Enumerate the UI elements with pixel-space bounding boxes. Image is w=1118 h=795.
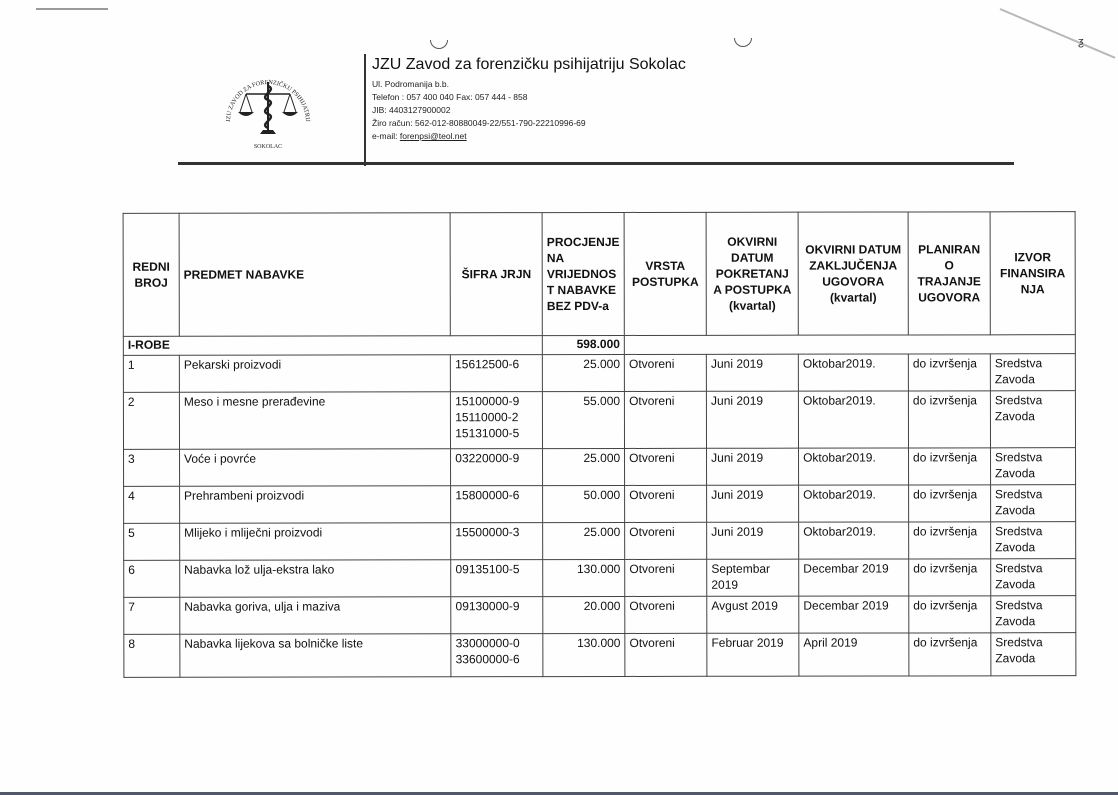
row-number: 3 xyxy=(124,449,180,486)
table-row: 7Nabavka goriva, ulja i maziva09130000-9… xyxy=(124,596,1076,635)
jrjn-code: 03220000-9 xyxy=(455,450,538,466)
row-end-date: Oktobar2019. xyxy=(799,522,909,559)
institution-phone: Telefon : 057 400 040 Fax: 057 444 - 858 xyxy=(372,91,686,104)
table-row: 6Nabavka lož ulja-ekstra lako09135100-51… xyxy=(124,559,1076,598)
row-codes: 15100000-915110000-215131000-5 xyxy=(451,392,543,449)
row-end-date: Oktobar2019. xyxy=(799,485,909,522)
institution-jib: JIB: 4403127900002 xyxy=(372,104,686,117)
row-number: 2 xyxy=(123,392,179,449)
section-label: I-ROBE xyxy=(123,336,542,356)
row-start-date: Septembar 2019 xyxy=(707,559,799,596)
row-number: 5 xyxy=(124,523,180,560)
institution-logo: JZU ZAVOD ZA FORENZIČKU PSIHIJATRIJU SOK… xyxy=(218,60,318,150)
jrjn-code: 15800000-6 xyxy=(455,487,538,503)
row-start-date: Juni 2019 xyxy=(707,448,799,485)
row-subject: Nabavka goriva, ulja i maziva xyxy=(180,597,451,634)
row-end-date: Decembar 2019 xyxy=(799,596,909,633)
table-row: 1Pekarski proizvodi15612500-625.000Otvor… xyxy=(123,354,1075,393)
row-codes: 03220000-9 xyxy=(451,449,543,486)
row-start-date: Juni 2019 xyxy=(706,354,798,391)
row-value: 25.000 xyxy=(542,354,624,391)
row-number: 1 xyxy=(123,355,179,392)
row-subject: Nabavka lož ulja-ekstra lako xyxy=(180,560,451,597)
row-subject: Mlijeko i mliječni proizvodi xyxy=(180,523,451,560)
row-codes: 15800000-6 xyxy=(451,486,543,523)
row-subject: Voće i povrće xyxy=(179,449,450,486)
section-total: 598.000 xyxy=(542,335,624,354)
letterhead: JZU ZAVOD ZA FORENZIČKU PSIHIJATRIJU SOK… xyxy=(178,50,1014,162)
header-predmet-nabavke: PREDMET NABAVKE xyxy=(179,213,451,336)
header-procjena-vrijednosti: PROCJENJE NA VRIJEDNOS T NABAVKE BEZ PDV… xyxy=(542,212,624,335)
row-duration: do izvršenja xyxy=(908,354,990,391)
row-funding-source: Sredstva Zavoda xyxy=(990,354,1075,391)
header-datum-pokretanja: OKVIRNI DATUM POKRETANJ A POSTUPKA (kvar… xyxy=(706,212,798,335)
row-codes: 33000000-033600000-6 xyxy=(451,634,543,677)
row-value: 130.000 xyxy=(543,559,625,596)
table-row: 5Mlijeko i mliječni proizvodi15500000-32… xyxy=(124,522,1076,561)
row-codes: 09135100-5 xyxy=(451,560,543,597)
institution-account: Žiro račun: 562-012-80880049-22/551-790-… xyxy=(372,117,686,130)
row-subject: Pekarski proizvodi xyxy=(179,355,450,392)
email-label: e-mail: xyxy=(372,131,400,141)
jrjn-code: 09135100-5 xyxy=(455,561,538,577)
row-funding-source: Sredstva Zavoda xyxy=(991,522,1076,559)
table-row: 3Voće i povrće03220000-925.000OtvoreniJu… xyxy=(124,448,1076,487)
row-procedure-type: Otvoreni xyxy=(625,633,707,676)
row-number: 6 xyxy=(124,560,180,597)
section-row: I-ROBE 598.000 xyxy=(123,335,1075,356)
email-link[interactable]: forenpsi@teol.net xyxy=(400,131,467,141)
row-procedure-type: Otvoreni xyxy=(625,448,707,485)
row-value: 55.000 xyxy=(543,391,625,448)
punch-hole-mark xyxy=(430,40,448,49)
row-value: 130.000 xyxy=(543,633,625,676)
row-funding-source: Sredstva Zavoda xyxy=(991,485,1076,522)
row-subject: Meso i mesne prerađevine xyxy=(179,392,450,449)
section-empty-cell xyxy=(624,335,1075,355)
header-datum-zakljucenja: OKVIRNI DATUM ZAKLJUČENJA UGOVORA (kvart… xyxy=(798,212,908,335)
jrjn-code: 15131000-5 xyxy=(455,425,538,441)
row-codes: 15500000-3 xyxy=(451,523,543,560)
row-funding-source: Sredstva Zavoda xyxy=(990,391,1075,448)
jrjn-code: 33600000-6 xyxy=(456,651,539,667)
institution-email-line: e-mail: forenpsi@teol.net xyxy=(372,130,686,143)
row-duration: do izvršenja xyxy=(909,596,991,633)
table-row: 8Nabavka lijekova sa bolničke liste33000… xyxy=(124,633,1076,678)
institution-address: Ul. Podromanija b.b. xyxy=(372,78,686,91)
row-funding-source: Sredstva Zavoda xyxy=(991,633,1076,676)
header-izvor-finansiranja: IZVOR FINANSIRA NJA xyxy=(990,212,1075,335)
row-number: 4 xyxy=(124,486,180,523)
row-duration: do izvršenja xyxy=(909,559,991,596)
row-duration: do izvršenja xyxy=(909,633,991,676)
row-procedure-type: Otvoreni xyxy=(625,559,707,596)
row-end-date: Oktobar2019. xyxy=(798,391,908,448)
letterhead-divider xyxy=(364,54,366,166)
row-end-date: Oktobar2019. xyxy=(798,354,908,391)
row-end-date: Decembar 2019 xyxy=(799,559,909,596)
row-duration: do izvršenja xyxy=(909,522,991,559)
row-value: 25.000 xyxy=(543,522,625,559)
jrjn-code: 15500000-3 xyxy=(455,524,538,540)
row-start-date: Juni 2019 xyxy=(707,485,799,522)
row-procedure-type: Otvoreni xyxy=(625,391,707,448)
row-codes: 15612500-6 xyxy=(451,355,543,392)
row-duration: do izvršenja xyxy=(909,485,991,522)
header-sifra-jrjn: ŠIFRA JRJN xyxy=(450,213,542,336)
jrjn-code: 15612500-6 xyxy=(455,356,538,372)
row-subject: Prehrambeni proizvodi xyxy=(180,486,451,523)
row-procedure-type: Otvoreni xyxy=(624,354,706,391)
header-trajanje-ugovora: PLANIRAN O TRAJANJE UGOVORA xyxy=(908,212,990,335)
svg-text:SOKOLAC: SOKOLAC xyxy=(254,144,282,150)
jrjn-code: 33000000-0 xyxy=(456,635,539,651)
scan-artifact-line xyxy=(1000,8,1116,59)
row-codes: 09130000-9 xyxy=(451,597,543,634)
row-funding-source: Sredstva Zavoda xyxy=(991,559,1076,596)
row-start-date: Februar 2019 xyxy=(707,633,799,676)
staple-mark: ƺ xyxy=(1078,36,1084,48)
row-start-date: Juni 2019 xyxy=(707,522,799,559)
table-row: 4Prehrambeni proizvodi15800000-650.000Ot… xyxy=(124,485,1076,524)
scan-artifact-line xyxy=(36,8,108,10)
row-procedure-type: Otvoreni xyxy=(625,485,707,522)
row-value: 50.000 xyxy=(543,485,625,522)
row-subject: Nabavka lijekova sa bolničke liste xyxy=(180,634,451,677)
row-funding-source: Sredstva Zavoda xyxy=(991,596,1076,633)
row-end-date: Oktobar2019. xyxy=(799,448,909,485)
jrjn-code: 15100000-9 xyxy=(455,393,538,409)
row-procedure-type: Otvoreni xyxy=(625,596,707,633)
scales-and-serpent-staff-icon: JZU ZAVOD ZA FORENZIČKU PSIHIJATRIJU SOK… xyxy=(218,60,318,150)
institution-info: JZU Zavod za forenzičku psihijatriju Sok… xyxy=(372,56,686,143)
row-end-date: April 2019 xyxy=(799,633,909,676)
row-procedure-type: Otvoreni xyxy=(625,522,707,559)
row-duration: do izvršenja xyxy=(909,448,991,485)
jrjn-code: 09130000-9 xyxy=(456,598,539,614)
row-duration: do izvršenja xyxy=(908,391,990,448)
table-row: 2Meso i mesne prerađevine15100000-915110… xyxy=(123,391,1075,450)
header-redni-broj: REDNI BROJ xyxy=(123,213,179,336)
header-vrsta-postupka: VRSTA POSTUPKA xyxy=(624,212,706,335)
institution-name: JZU Zavod za forenzičku psihijatriju Sok… xyxy=(372,56,686,74)
row-number: 8 xyxy=(124,634,180,677)
row-value: 25.000 xyxy=(543,448,625,485)
procurement-plan-table: REDNI BROJ PREDMET NABAVKE ŠIFRA JRJN PR… xyxy=(123,211,1077,678)
row-funding-source: Sredstva Zavoda xyxy=(990,448,1075,485)
row-start-date: Juni 2019 xyxy=(707,391,799,448)
row-number: 7 xyxy=(124,597,180,634)
letterhead-rule xyxy=(178,162,1014,165)
table-header-row: REDNI BROJ PREDMET NABAVKE ŠIFRA JRJN PR… xyxy=(123,212,1075,337)
jrjn-code: 15110000-2 xyxy=(455,409,538,425)
punch-hole-mark xyxy=(734,38,752,47)
row-start-date: Avgust 2019 xyxy=(707,596,799,633)
row-value: 20.000 xyxy=(543,596,625,633)
